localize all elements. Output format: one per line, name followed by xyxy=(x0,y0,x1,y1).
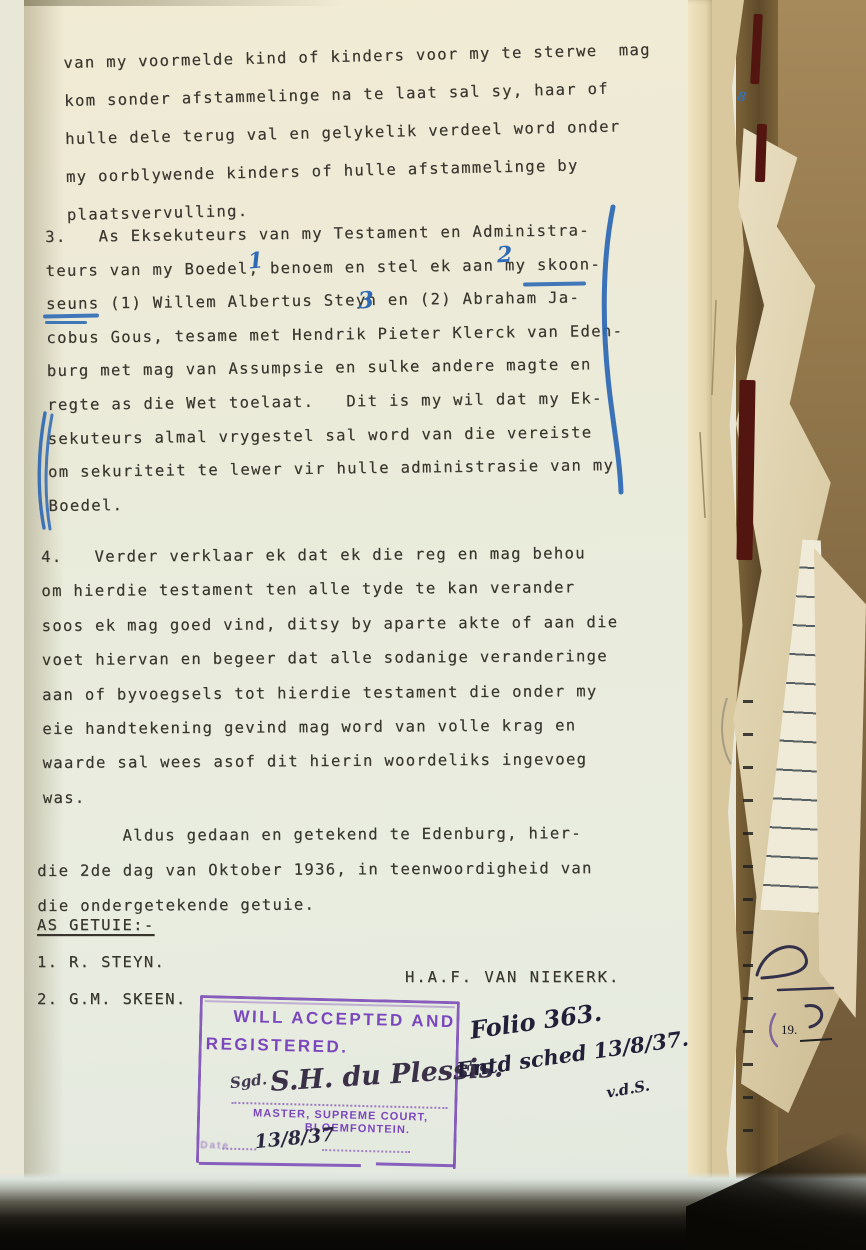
witness-name: 1. R. STEYN. xyxy=(37,953,165,971)
paragraph-4-amendments: 4. Verder verklaar ek dat ek die reg en … xyxy=(41,536,620,815)
paragraph-3-executors: 3. As Eksekuteurs van my Testament en Ad… xyxy=(45,214,625,523)
typed-line: Aldus gedaan en getekend te Edenburg, hi… xyxy=(37,816,593,854)
printed-page-number: 19. xyxy=(781,1022,797,1038)
typed-line: was. xyxy=(43,777,620,815)
typed-line: waarde sal wees asof dit hierin woordeli… xyxy=(42,742,619,780)
testator-name: H.A.F. VAN NIEKERK. xyxy=(405,968,620,986)
handwritten-folio-note: Folio 363. xyxy=(468,998,604,1045)
typed-line: voet hiervan en begeer dat alle sodanige… xyxy=(42,639,619,677)
typed-line: soos ek mag goed vind, ditsy by aparte a… xyxy=(41,605,618,643)
execution-clause: Aldus gedaan en getekend te Edenburg, hi… xyxy=(37,816,593,924)
typed-line: die 2de dag van Oktober 1936, in teenwoo… xyxy=(37,851,593,889)
small-ink-mark: 8 xyxy=(736,89,748,106)
witness-name: 2. G.M. SKEEN. xyxy=(37,990,187,1008)
document-content: van my voormelde kind of kinders voor my… xyxy=(0,0,866,1250)
handwritten-number-annotation: 1 xyxy=(247,247,265,274)
typed-line: 4. Verder verklaar ek dat ek die reg en … xyxy=(41,536,618,574)
typed-line: om hierdie testament ten alle tyde te ka… xyxy=(41,570,618,608)
stamp-date-label: Date xyxy=(200,1140,230,1152)
archival-will-photograph: van my voormelde kind of kinders voor my… xyxy=(0,0,866,1250)
typed-line: aan of byvoegsels tot hierdie testament … xyxy=(42,674,619,712)
handwritten-number-annotation: 2 xyxy=(496,242,513,269)
witness-heading: AS GETUIE:- xyxy=(37,916,155,934)
handwritten-number-annotation: 3 xyxy=(357,286,375,314)
ink-underline xyxy=(45,321,87,324)
typed-line: Boedel. xyxy=(48,483,625,524)
handwritten-initials: v.d.S. xyxy=(605,1076,651,1101)
paragraph-continuation: van my voormelde kind of kinders voor my… xyxy=(63,31,655,234)
registration-stamp: WILL ACCEPTED AND REGISTERED. Sgd. S.H. … xyxy=(196,995,460,1177)
typed-line: om sekuriteit te lewer vir hulle adminis… xyxy=(48,449,625,490)
typed-line: eie handtekening gevind mag word van vol… xyxy=(42,708,619,746)
stamp-text: REGISTERED. xyxy=(206,1034,349,1057)
